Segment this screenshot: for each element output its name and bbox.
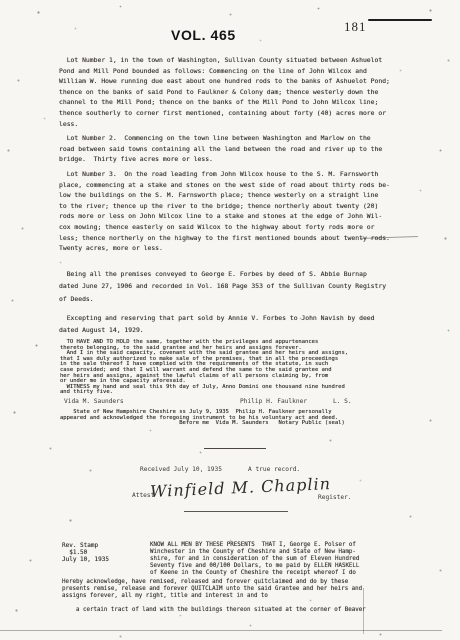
- page-number: 181: [344, 19, 367, 35]
- signature-underline: [184, 511, 288, 512]
- deed2-opening-paragraph: KNOW ALL MEN BY THESE PRESENTS THAT I, G…: [150, 542, 359, 577]
- scan-speckles-light: [0, 0, 1, 1]
- exception-paragraph: Excepting and reserving that part sold b…: [59, 312, 375, 337]
- witness-signature: Vida M. Saunders: [64, 398, 124, 405]
- deed-book-page: 181 VOL. 465 Lot Number 1, in the town o…: [0, 0, 460, 640]
- habendum-paragraph: TO HAVE AND TO HOLD the same, together w…: [60, 340, 348, 396]
- page-edge-horizontal-line: [0, 630, 442, 631]
- section-divider-rule: [204, 448, 266, 449]
- volume-title: VOL. 465: [171, 27, 236, 43]
- deed2-continuation-paragraph: Hereby acknowledge, have remised, releas…: [62, 579, 362, 600]
- top-corner-rule: [368, 19, 432, 21]
- received-date: Received July 10, 1935: [140, 466, 222, 473]
- acknowledgment-paragraph: State of New Hampshire Cheshire ss July …: [60, 410, 345, 427]
- lot-2-description: Lot Number 2. Commencing on the town lin…: [59, 133, 382, 165]
- lot-3-description: Lot Number 3. On the road leading from J…: [59, 169, 390, 254]
- received-row: Received July 10, 1935 A true record.: [0, 466, 460, 476]
- register-label: Register.: [318, 494, 352, 501]
- seal-mark: L. S.: [333, 398, 352, 405]
- signature-row: Vida M. Saunders Philip H. Faulkner L. S…: [0, 398, 460, 408]
- register-handwritten-signature: Winfield M. Chaplin: [150, 474, 332, 501]
- deed2-closing-line: a certain tract of land with the buildin…: [76, 607, 366, 614]
- page-edge-vertical-line: [363, 588, 364, 634]
- lot-1-description: Lot Number 1, in the town of Washington,…: [59, 55, 390, 129]
- premises-source-paragraph: Being all the premises conveyed to Georg…: [59, 268, 386, 305]
- grantor-signature: Philip H. Faulkner: [240, 398, 307, 405]
- revenue-stamp-note: Rev. Stamp $1.50 July 10, 1935: [62, 543, 109, 563]
- true-record-note: A true record.: [248, 466, 300, 473]
